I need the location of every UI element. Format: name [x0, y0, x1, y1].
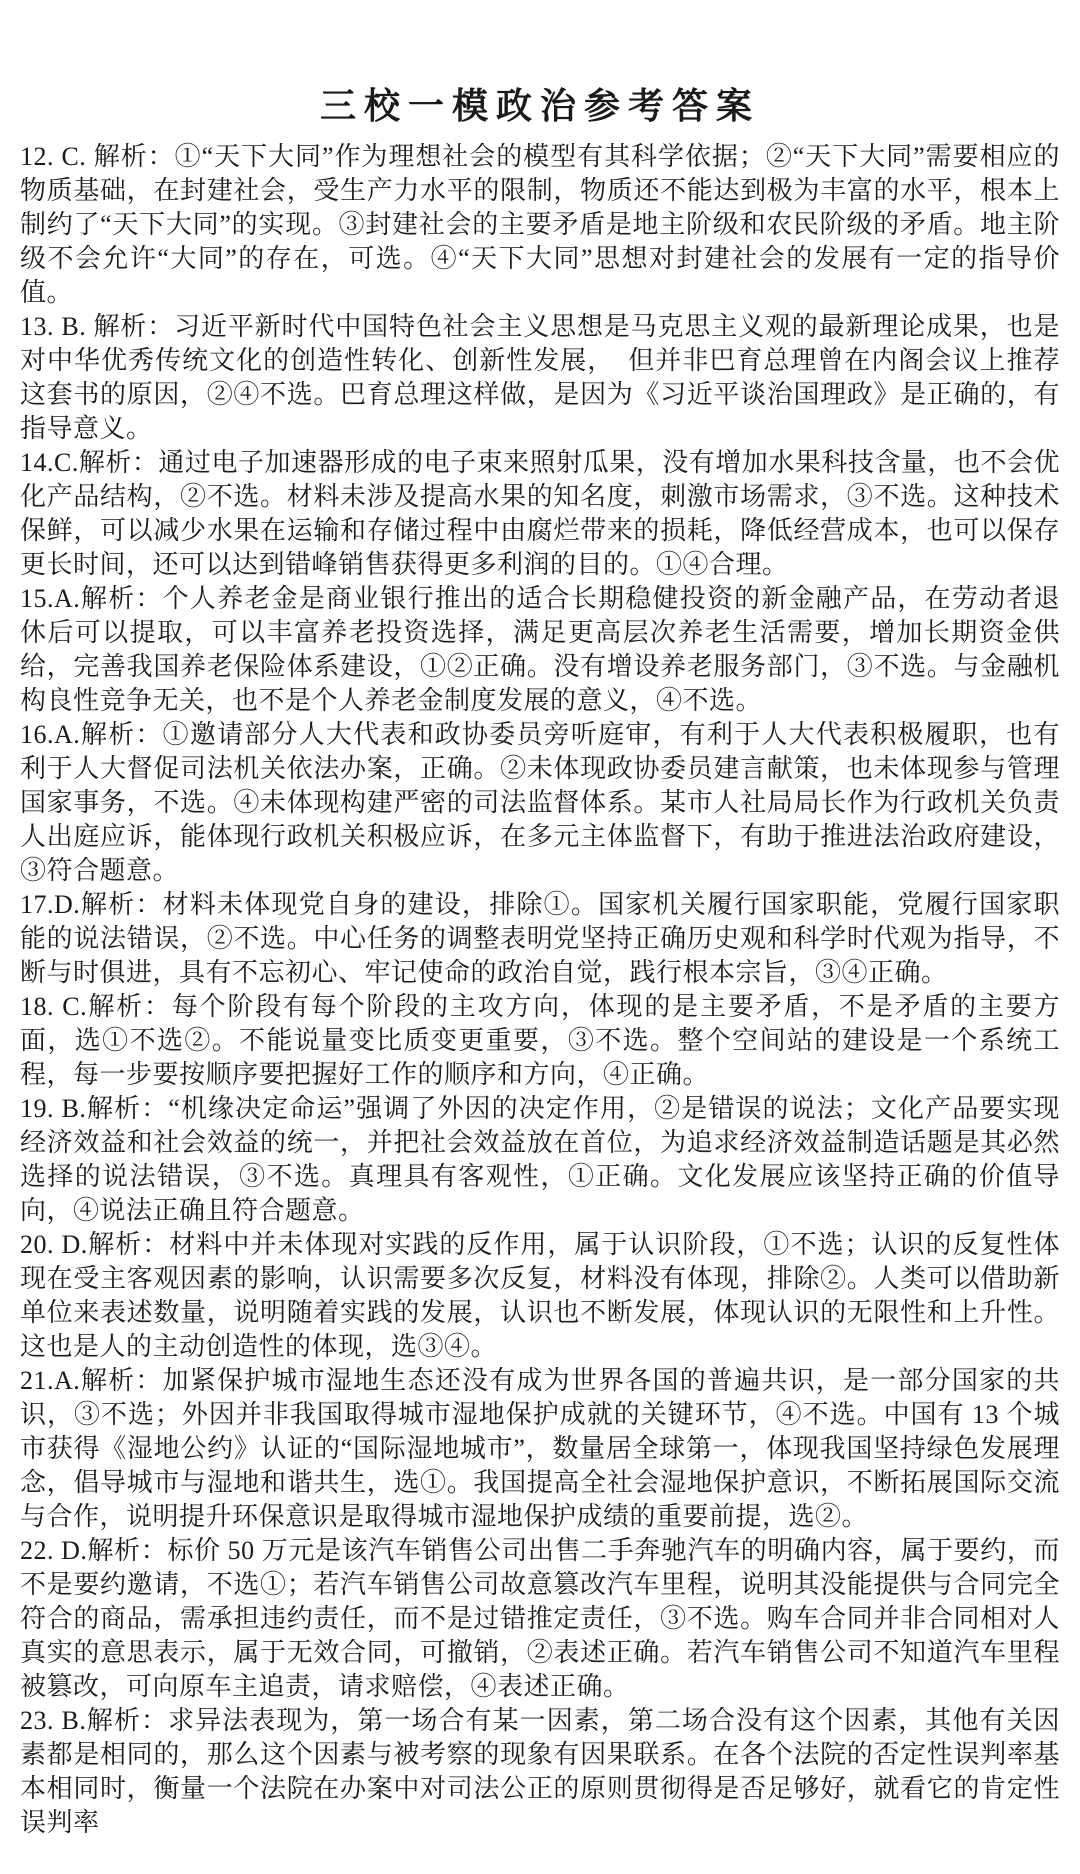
answer-item-16: 16.A.解析：①邀请部分人大代表和政协委员旁听庭审，有利于人大代表积极履职，也… — [20, 718, 1060, 888]
answer-item-15: 15.A.解析：个人养老金是商业银行推出的适合长期稳健投资的新金融产品，在劳动者… — [20, 582, 1060, 718]
answer-item-19: 19. B.解析：“机缘决定命运”强调了外因的决定作用，②是错误的说法；文化产品… — [20, 1092, 1060, 1228]
answer-item-14: 14.C.解析：通过电子加速器形成的电子束来照射瓜果，没有增加水果科技含量，也不… — [20, 446, 1060, 582]
answers-list: 12. C. 解析：①“天下大同”作为理想社会的模型有其科学依据；②“天下大同”… — [20, 140, 1060, 1840]
answer-item-17: 17.D.解析：材料未体现党自身的建设，排除①。国家机关履行国家职能，党履行国家… — [20, 888, 1060, 990]
answer-item-22: 22. D.解析：标价 50 万元是该汽车销售公司出售二手奔驰汽车的明确内容，属… — [20, 1534, 1060, 1704]
answer-item-23: 23. B.解析：求异法表现为，第一场合有某一因素，第二场合没有这个因素，其他有… — [20, 1704, 1060, 1840]
answer-item-12: 12. C. 解析：①“天下大同”作为理想社会的模型有其科学依据；②“天下大同”… — [20, 140, 1060, 310]
page-title: 三校一模政治参考答案 — [20, 84, 1060, 128]
answer-item-13: 13. B. 解析：习近平新时代中国特色社会主义思想是马克思主义观的最新理论成果… — [20, 310, 1060, 446]
answer-item-20: 20. D.解析：材料中并未体现对实践的反作用，属于认识阶段，①不选；认识的反复… — [20, 1228, 1060, 1364]
answer-item-21: 21.A.解析：加紧保护城市湿地生态还没有成为世界各国的普遍共识，是一部分国家的… — [20, 1364, 1060, 1534]
answer-item-18: 18. C.解析：每个阶段有每个阶段的主攻方向，体现的是主要矛盾，不是矛盾的主要… — [20, 990, 1060, 1092]
document-page: 三校一模政治参考答案 12. C. 解析：①“天下大同”作为理想社会的模型有其科… — [0, 0, 1080, 1874]
